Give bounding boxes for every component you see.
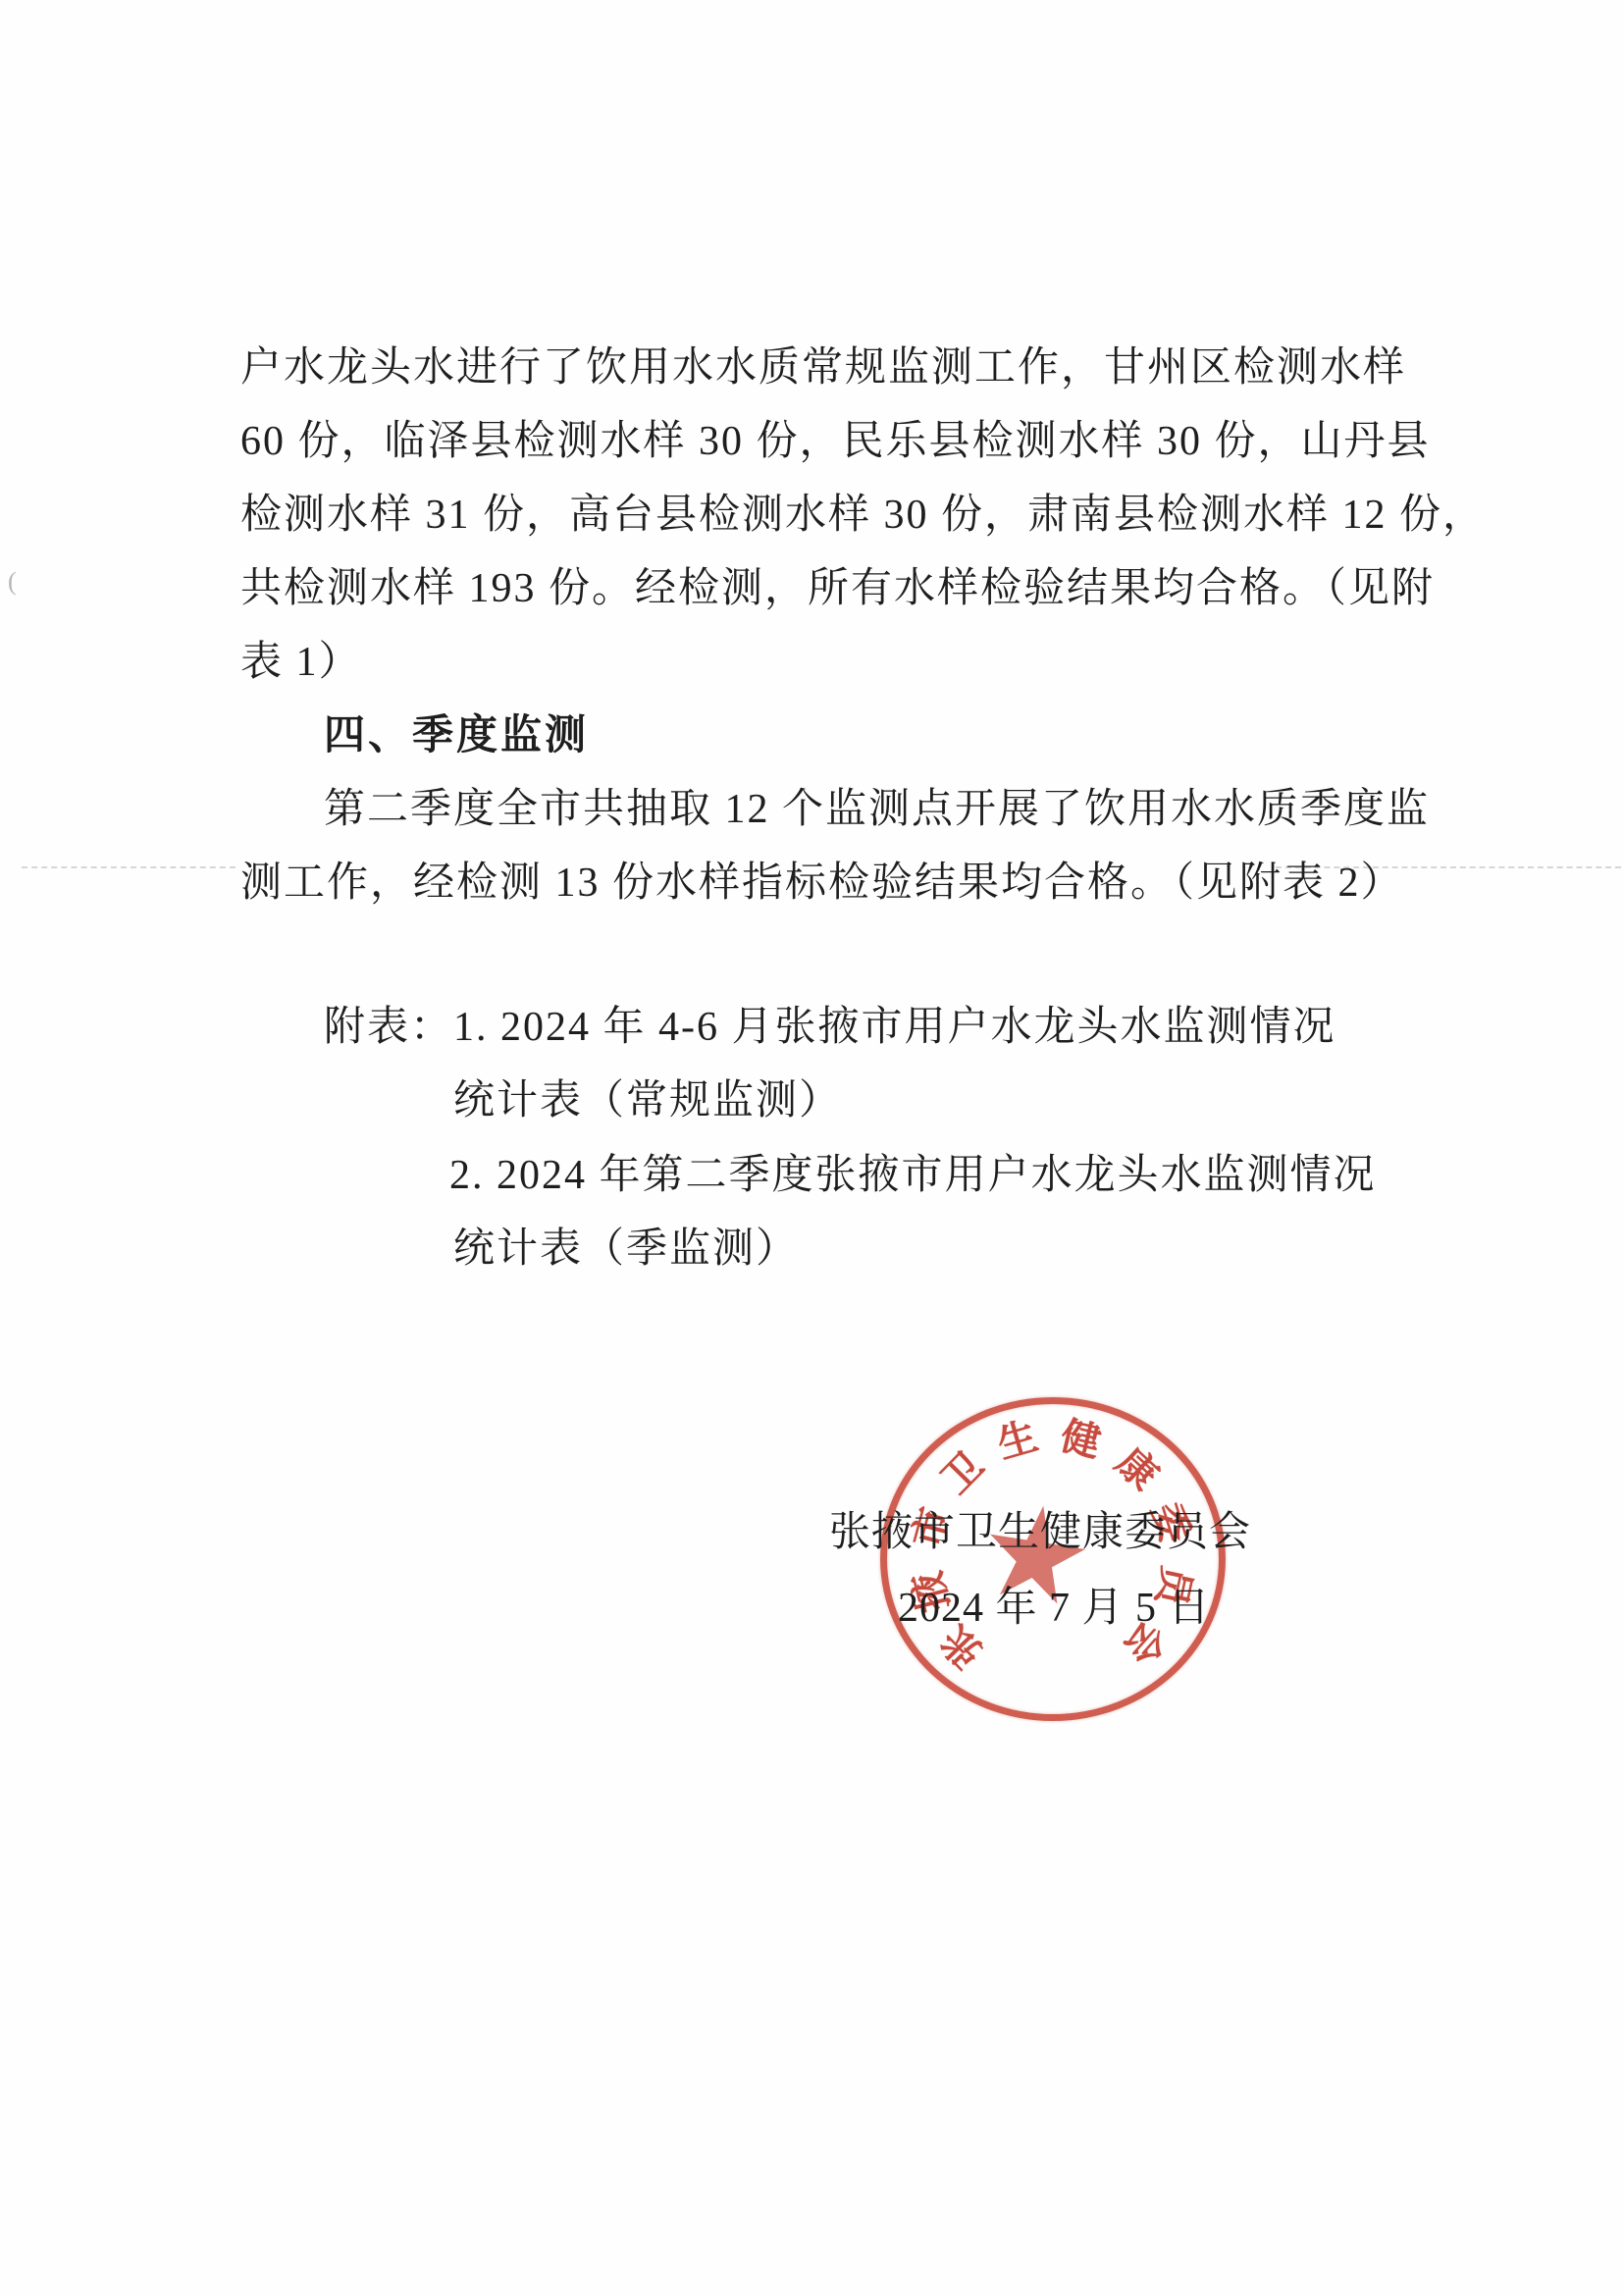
paragraph1-line-5: 表 1） bbox=[240, 642, 362, 683]
paragraph1-line-4: 共检测水样 193 份。经检测，所有水样检验结果均合格。（见附 bbox=[240, 568, 1435, 609]
paragraph1-line-1: 户水龙头水进行了饮用水水质常规监测工作，甘州区检测水样 bbox=[240, 347, 1406, 389]
paragraph1-line-3: 检测水样 31 份，高台县检测水样 30 份，肃南县检测水样 12 份， bbox=[240, 495, 1486, 536]
paragraph2-line-1: 第二季度全市共抽取 12 个监测点开展了饮用水水质季度监 bbox=[324, 789, 1430, 830]
paragraph2-line-2: 测工作，经检测 13 份水样指标检验结果均合格。（见附表 2） bbox=[240, 862, 1404, 904]
paragraph1-line-2: 60 份，临泽县检测水样 30 份，民乐县检测水样 30 份，山丹县 bbox=[240, 421, 1431, 462]
section-heading: 四、季度监测 bbox=[324, 715, 589, 757]
scan-artifact-line-left bbox=[22, 866, 236, 868]
signature-date: 2024 年 7 月 5 日 bbox=[898, 1588, 1211, 1629]
signature-organization: 张掖市卫生健康委员会 bbox=[829, 1512, 1251, 1553]
attachment-line-1: 附表：1. 2024 年 4-6 月张掖市用户水龙头水监测情况 bbox=[324, 1007, 1336, 1048]
attachment-line-3: 2. 2024 年第二季度张掖市用户水龙头水监测情况 bbox=[449, 1155, 1377, 1196]
document-page: ( 张掖市卫生健康委员会 户水龙头水进行了饮用水水质常规监测工作，甘州区检测水样… bbox=[0, 0, 1623, 2296]
scan-artifact-mark: ( bbox=[8, 567, 17, 597]
attachment-line-2: 统计表（常规监测） bbox=[453, 1080, 842, 1122]
attachment-line-4: 统计表（季监测） bbox=[453, 1228, 799, 1270]
